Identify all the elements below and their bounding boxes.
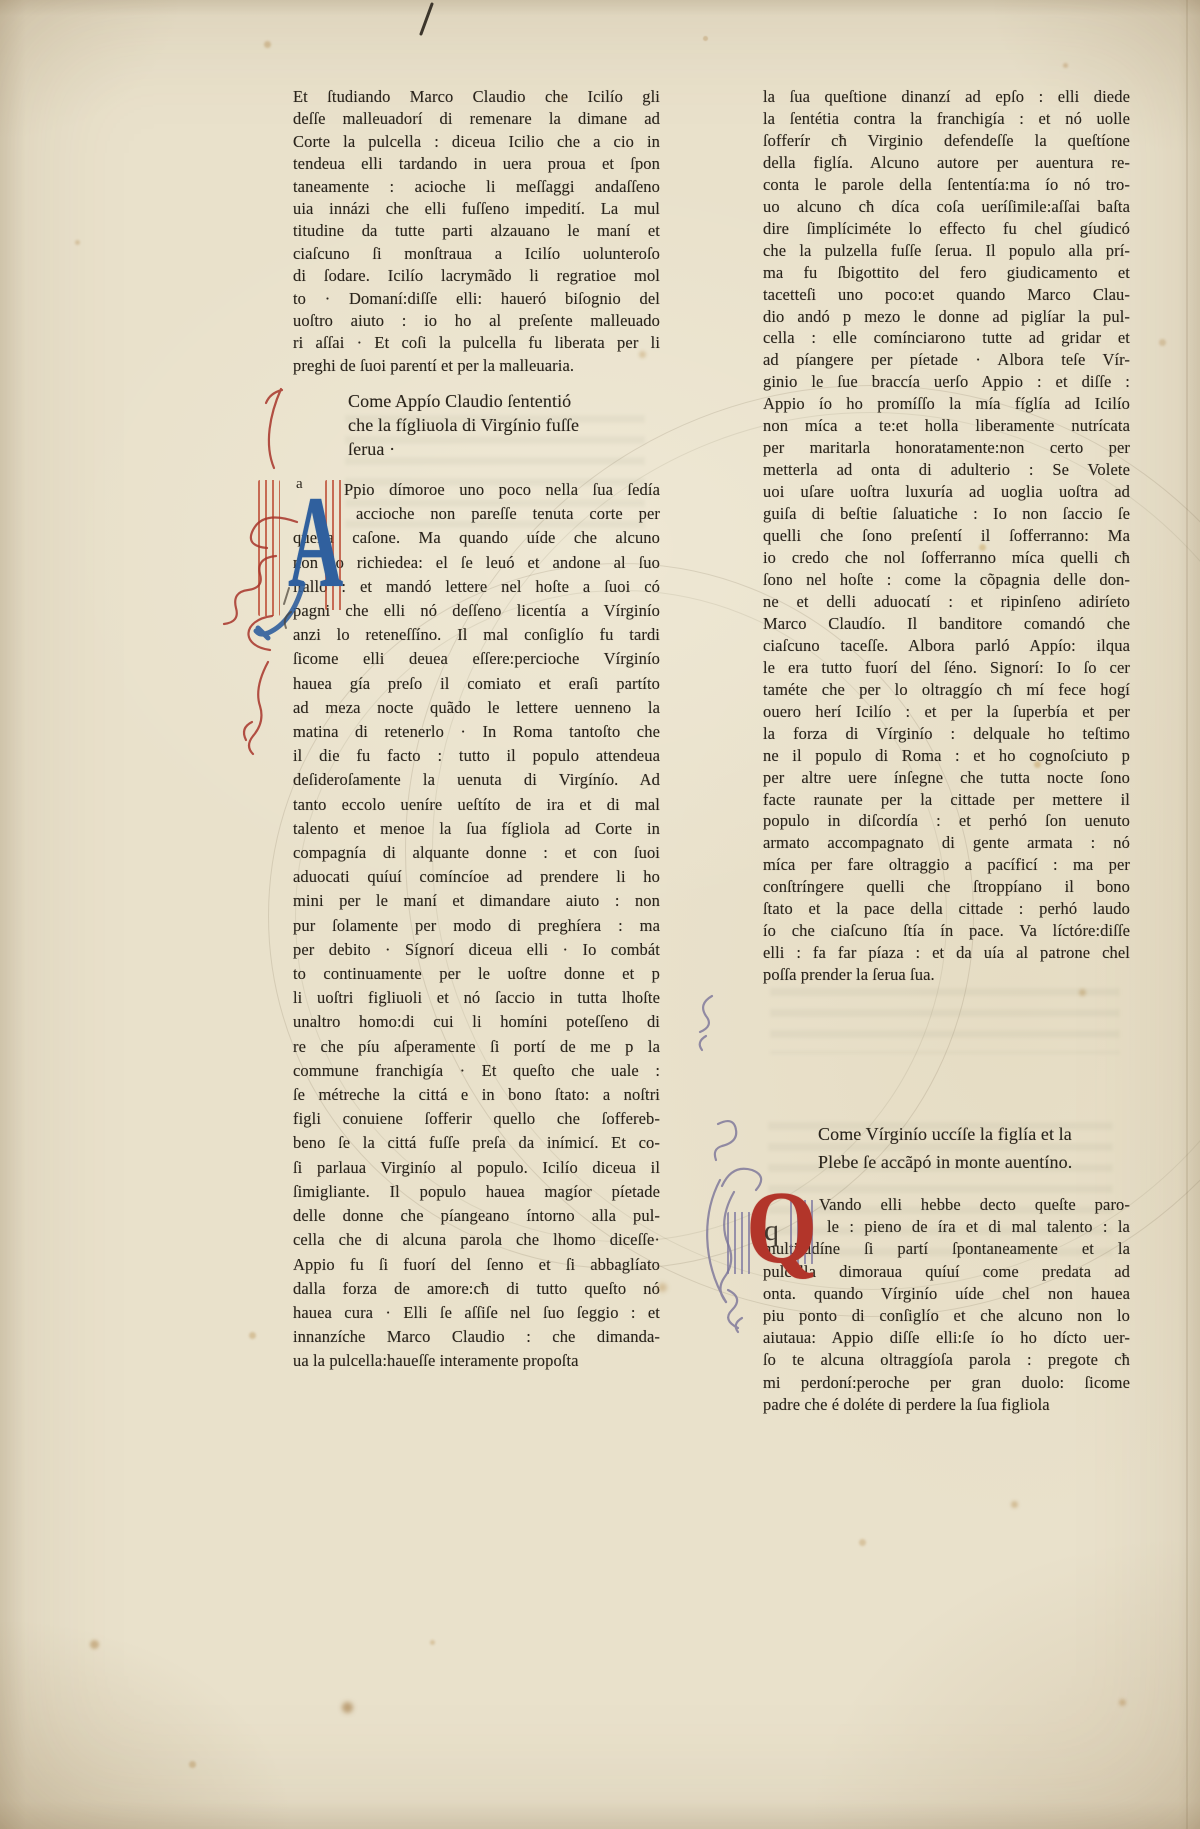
- illuminated-initial-Q: Q: [746, 1176, 817, 1280]
- text-line: ad píangere per píetade · Albora teſe Ví…: [763, 349, 1130, 371]
- text-line: della figlía. Alcuno autore per auentura…: [763, 152, 1130, 174]
- text-line: mi perdoní:peroche per gran duolo: ſicom…: [763, 1372, 1130, 1394]
- left-column-paragraph-1: Et ſtudiando Marco Claudio che Icilío gl…: [293, 86, 660, 377]
- ink-stroke-mark: [421, 4, 432, 34]
- text-line: Et ſtudiando Marco Claudio che Icilío gl…: [293, 86, 660, 108]
- verso-show-through: [770, 988, 1120, 1054]
- text-line: innanzíche Marco Claudio : che dimanda-: [293, 1325, 660, 1349]
- text-line: tacetteſi uno poco:et quando Marco Clau-: [763, 284, 1130, 306]
- guide-letter-q: q: [764, 1216, 779, 1246]
- text-line: uia innázi che elli fuſſeno impedití. La…: [293, 198, 660, 220]
- text-line: titudine da tutte parti alzauano le maní…: [293, 220, 660, 242]
- text-line: ri aſſai · Et coſi la pulcella fu libera…: [293, 332, 660, 354]
- book-page: Et ſtudiando Marco Claudio che Icilío gl…: [0, 0, 1200, 1829]
- red-marginal-bracket: [266, 389, 282, 468]
- text-line: Come Appío Claudio ſententió: [348, 389, 678, 413]
- text-line: padre che é doléte di perdere la ſua fig…: [763, 1394, 1130, 1416]
- text-line: uo alcuno cħ díca coſa ueríſimile:aſſai …: [763, 196, 1130, 218]
- text-line: di ſodare. Icilío lacrymãdo li regratioe…: [293, 265, 660, 287]
- text-line: la ſua queſtione dinanzí ad epſo : elli …: [763, 86, 1130, 108]
- page-edge-line: [1186, 0, 1188, 1829]
- text-line: hauea cura · Elli ſe aſſiſe nel ſuo ſegg…: [293, 1301, 660, 1325]
- text-line: Corte la pulcella : diceua Icilio che a …: [293, 131, 660, 153]
- text-line: ma fu ſbigottito del fero giudicamento e…: [763, 262, 1130, 284]
- text-line: dio andó p mezo le donne ad piglíar la p…: [763, 306, 1130, 328]
- text-line: ciaſcuno ſi monſtraua a Icilío uoluntero…: [293, 243, 660, 265]
- foxing-spots: [0, 0, 5, 5]
- text-line: aiutaua: Appio diſſe elli:ſe ío ho dícto…: [763, 1327, 1130, 1349]
- text-line: to · Domaní:diſſe elli: haueró biſognio …: [293, 288, 660, 310]
- text-line: deſſe malleuadorí di remenare la dimane …: [293, 108, 660, 130]
- text-line: la ſentétia contra la franchigía : et nó…: [763, 108, 1130, 130]
- illuminated-initial-A: A: [288, 476, 343, 608]
- text-line: ſofferír cħ Virginio defendeſſe la queſt…: [763, 130, 1130, 152]
- initial-penwork-hatching: [258, 480, 280, 616]
- text-line: cella : elle comínciarono tutte ad grida…: [763, 327, 1130, 349]
- text-line: preghi de ſuoi parentí et per la malleua…: [293, 355, 660, 377]
- guide-letter-a: a: [296, 477, 303, 492]
- text-line: dire ſimplíciméte lo effecto fu chel gíu…: [763, 218, 1130, 240]
- verso-show-through: [345, 415, 645, 535]
- text-line: conta le parole della ſententía:ma ío nó…: [763, 174, 1130, 196]
- text-line: tendeua elli tardando in uera proua et ſ…: [293, 153, 660, 175]
- text-line: uoſtro aiuto : io ho al preſente malleua…: [293, 310, 660, 332]
- text-line: ſo te alcuna oltraggíoſa parola : pregot…: [763, 1349, 1130, 1371]
- text-line: taneamente : acioche li meſſaggi andaſſe…: [293, 176, 660, 198]
- verso-show-through: [768, 1122, 1113, 1258]
- text-line: che la pulzella fuſſe ſerua. Il populo a…: [763, 240, 1130, 262]
- text-line: dalla forza de amore:cħ di tutto queſto …: [293, 1277, 660, 1301]
- text-line: ua la pulcella:haueſſe interamente propo…: [293, 1349, 660, 1373]
